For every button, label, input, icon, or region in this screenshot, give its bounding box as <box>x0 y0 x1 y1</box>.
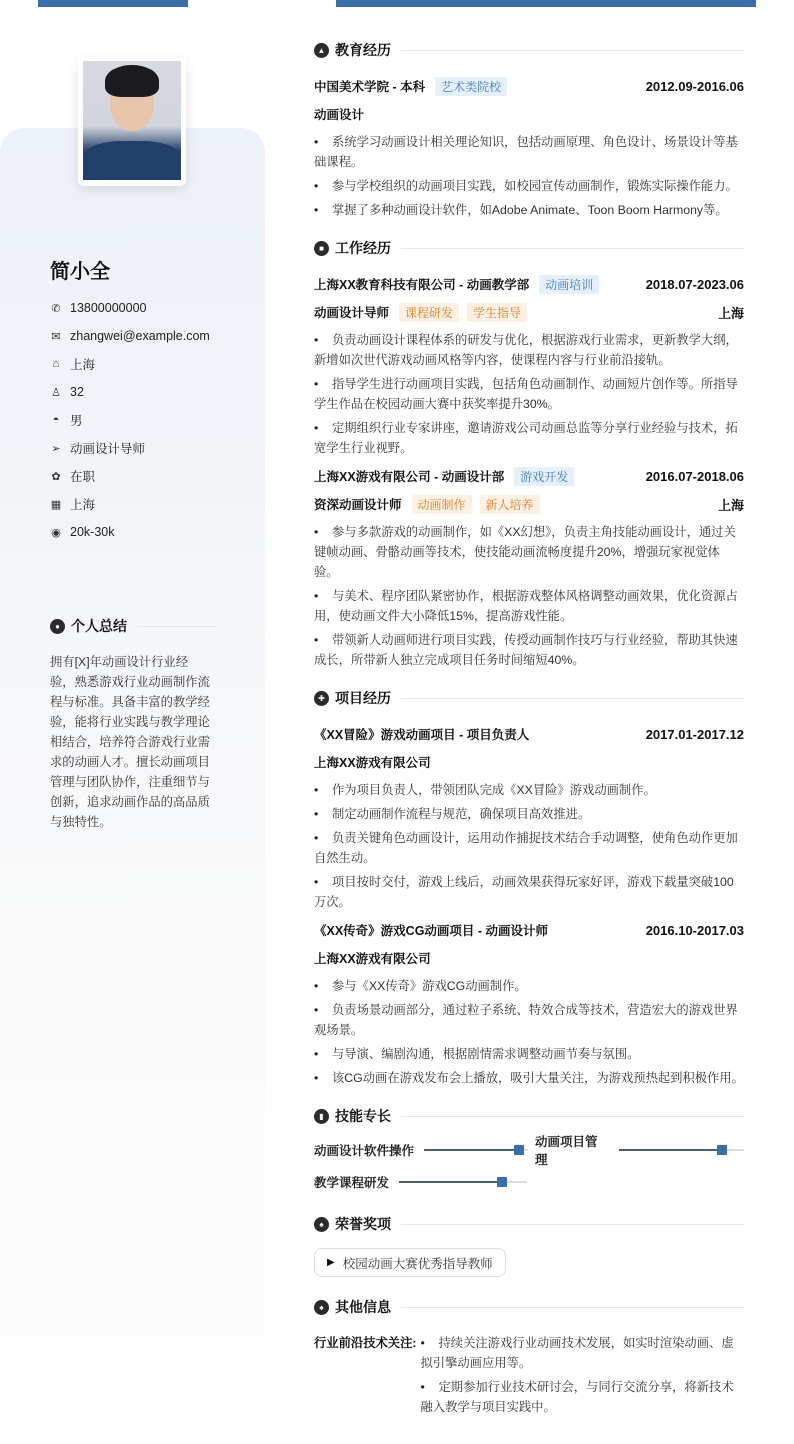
school-name: 中国美术学院 - 本科 <box>314 77 425 95</box>
project-company-row: 上海XX游戏有限公司 <box>314 944 744 972</box>
job-date: 2018.07-2023.06 <box>646 277 744 292</box>
education-date: 2012.09-2016.06 <box>646 79 744 94</box>
avatar <box>78 57 186 186</box>
main-content: ▲ 教育经历 中国美术学院 - 本科艺术类院校 2012.09-2016.06 … <box>314 38 744 1421</box>
list-item: 定期组织行业专家讲座，邀请游戏公司动画总监等分享行业经验与技术，拓宽学生行业视野… <box>314 418 744 458</box>
bar-chart-icon: ▮ <box>314 1109 329 1124</box>
job-role-row: 资深动画设计师动画制作新人培养 上海 <box>314 490 744 518</box>
list-item: 项目按时交付，游戏上线后，动画效果获得玩家好评，游戏下载量突破100万次。 <box>314 872 744 912</box>
other-info-row: 行业前沿技术关注: 持续关注游戏行业动画技术发展，如实时渲染动画、虚拟引擎动画应… <box>314 1333 744 1421</box>
school-tag: 艺术类院校 <box>435 77 507 96</box>
company-name: 上海XX教育科技有限公司 - 动画教学部 <box>314 275 529 293</box>
info-email: ✉zhangwei@example.com <box>50 322 250 350</box>
divider <box>401 698 744 699</box>
skill-item: 动画项目管理 <box>535 1134 744 1166</box>
top-accent-bar-left <box>38 0 188 7</box>
divider <box>401 1307 744 1308</box>
list-item: 与导演、编剧沟通，根据剧情需求调整动画节奏与氛围。 <box>314 1044 744 1064</box>
divider <box>401 1224 744 1225</box>
summary-text: 拥有[X]年动画设计行业经验，熟悉游戏行业动画制作流程与标准。具备丰富的教学经验… <box>50 652 212 832</box>
mail-icon: ✉ <box>50 330 62 342</box>
list-item: 作为项目负责人，带领团队完成《XX冒险》游戏动画制作。 <box>314 780 744 800</box>
skills-heading: ▮ 技能专长 <box>314 1104 744 1128</box>
salary-target-icon: ◉ <box>50 526 62 538</box>
info-status: ✿在职 <box>50 462 250 490</box>
job-role: 资深动画设计师 <box>314 495 402 513</box>
job-date: 2016.07-2018.06 <box>646 469 744 484</box>
list-item: 持续关注游戏行业动画技术发展，如实时渲染动画、虚拟引擎动画应用等。 <box>420 1333 744 1373</box>
list-item: 参与学校组织的动画项目实践，如校园宣传动画制作，锻炼实际操作能力。 <box>314 176 744 196</box>
graduation-cap-icon: ▲ <box>314 43 329 58</box>
skills-list: 动画设计软件操作 动画项目管理 教学课程研发 <box>314 1134 744 1198</box>
skill-level-bar <box>424 1149 528 1151</box>
list-item: 负责场景动画部分，通过粒子系统、特效合成等技术，营造宏大的游戏世界观场景。 <box>314 1000 744 1040</box>
divider <box>401 1116 744 1117</box>
age-cake-icon: ♙ <box>50 386 62 398</box>
list-item: 带领新人动画师进行项目实践，传授动画制作技巧与行业经验，帮助其快速成长，所带新人… <box>314 630 744 670</box>
list-item: 指导学生进行动画项目实践，包括角色动画制作、动画短片创作等。所指导学生作品在校园… <box>314 374 744 414</box>
info-age: ♙32 <box>50 378 250 406</box>
project-name: 《XX传奇》游戏CG动画项目 - 动画设计师 <box>314 921 548 939</box>
project-name: 《XX冒险》游戏动画项目 - 项目负责人 <box>314 725 529 743</box>
role-tag: 课程研发 <box>399 303 459 322</box>
list-item: 参与《XX传奇》游戏CG动画制作。 <box>314 976 744 996</box>
candidate-name: 简小全 <box>50 255 110 284</box>
education-major-row: 动画设计 <box>314 100 744 128</box>
project-date: 2017.01-2017.12 <box>646 727 744 742</box>
list-item: 参与多款游戏的动画制作，如《XX幻想》，负责主角技能动画设计，通过关键帧动画、骨… <box>314 522 744 582</box>
contact-info-list: ✆13800000000 ✉zhangwei@example.com ⌂上海 ♙… <box>50 294 250 546</box>
info-salary: ◉20k-30k <box>50 518 250 546</box>
status-flower-icon: ✿ <box>50 470 62 482</box>
list-item: 该CG动画在游戏发布会上播放，吸引大量关注，为游戏预热起到积极作用。 <box>314 1068 744 1088</box>
education-entry-header: 中国美术学院 - 本科艺术类院校 2012.09-2016.06 <box>314 72 744 100</box>
list-item: 负责关键角色动画设计，运用动作捕捉技术结合手动调整，使角色动作更加自然生动。 <box>314 828 744 868</box>
job-role-row: 动画设计导师课程研发学生指导 上海 <box>314 298 744 326</box>
gender-face-icon: ◓ <box>50 414 62 426</box>
project-company: 上海XX游戏有限公司 <box>314 949 431 967</box>
divider <box>401 50 744 51</box>
list-item: 与美术、程序团队紧密协作，根据游戏整体风格调整动画效果，优化资源占用，使动画文件… <box>314 586 744 626</box>
other-info-heading: ♠ 其他信息 <box>314 1295 744 1319</box>
project-bullets: 作为项目负责人，带领团队完成《XX冒险》游戏动画制作。 制定动画制作流程与规范，… <box>314 780 744 912</box>
awards-heading: ♠ 荣誉奖项 <box>314 1212 744 1236</box>
skill-item: 教学课程研发 <box>314 1166 535 1198</box>
divider <box>137 626 216 627</box>
star-badge-icon: ♠ <box>314 1300 329 1315</box>
grid-circle-icon: ✚ <box>314 691 329 706</box>
summary-heading: ● 个人总结 <box>50 616 216 636</box>
projects-heading: ✚ 项目经历 <box>314 686 744 710</box>
job-location: 上海 <box>718 495 744 514</box>
list-item: 掌握了多种动画设计软件，如Adobe Animate、Toon Boom Har… <box>314 200 744 220</box>
divider <box>401 248 744 249</box>
phone-icon: ✆ <box>50 302 62 314</box>
other-info-bullets: 持续关注游戏行业动画技术发展，如实时渲染动画、虚拟引擎动画应用等。 定期参加行业… <box>420 1333 744 1421</box>
info-phone: ✆13800000000 <box>50 294 250 322</box>
list-item: 制定动画制作流程与规范，确保项目高效推进。 <box>314 804 744 824</box>
briefcase-icon: ■ <box>314 241 329 256</box>
skill-level-bar <box>619 1149 744 1151</box>
info-target-position: ➢动画设计导师 <box>50 434 250 462</box>
education-bullets: 系统学习动画设计相关理论知识，包括动画原理、角色设计、场景设计等基础课程。 参与… <box>314 132 744 220</box>
role-tag: 学生指导 <box>467 303 527 322</box>
work-heading: ■ 工作经历 <box>314 236 744 260</box>
project-company: 上海XX游戏有限公司 <box>314 753 431 771</box>
role-tag: 动画制作 <box>412 495 472 514</box>
project-date: 2016.10-2017.03 <box>646 923 744 938</box>
job-header: 上海XX教育科技有限公司 - 动画教学部动画培训 2018.07-2023.06 <box>314 270 744 298</box>
list-item: 系统学习动画设计相关理论知识，包括动画原理、角色设计、场景设计等基础课程。 <box>314 132 744 172</box>
company-name: 上海XX游戏有限公司 - 动画设计部 <box>314 467 504 485</box>
education-heading: ▲ 教育经历 <box>314 38 744 62</box>
job-header: 上海XX游戏有限公司 - 动画设计部游戏开发 2016.07-2018.06 <box>314 462 744 490</box>
company-tag: 动画培训 <box>539 275 599 294</box>
job-bullets: 参与多款游戏的动画制作，如《XX幻想》，负责主角技能动画设计，通过关键帧动画、骨… <box>314 522 744 670</box>
top-accent-bar-right <box>336 0 756 7</box>
project-header: 《XX冒险》游戏动画项目 - 项目负责人 2017.01-2017.12 <box>314 720 744 748</box>
job-location: 上海 <box>718 303 744 322</box>
skill-level-bar <box>399 1181 527 1183</box>
info-gender: ◓男 <box>50 406 250 434</box>
project-company-row: 上海XX游戏有限公司 <box>314 748 744 776</box>
send-plane-icon: ➢ <box>50 442 62 454</box>
project-header: 《XX传奇》游戏CG动画项目 - 动画设计师 2016.10-2017.03 <box>314 916 744 944</box>
skill-item: 动画设计软件操作 <box>314 1134 535 1166</box>
portrait-photo <box>83 61 181 180</box>
info-target-city: ▦上海 <box>50 490 250 518</box>
award-item: ▶ 校园动画大赛优秀指导教师 <box>314 1248 506 1277</box>
major: 动画设计 <box>314 105 364 123</box>
other-info-label: 行业前沿技术关注: <box>314 1333 416 1421</box>
home-icon: ⌂ <box>50 358 62 370</box>
play-triangle-icon: ▶ <box>327 1257 335 1268</box>
info-city: ⌂上海 <box>50 350 250 378</box>
role-tag: 新人培养 <box>480 495 540 514</box>
company-tag: 游戏开发 <box>514 467 574 486</box>
user-circle-icon: ● <box>50 619 65 634</box>
job-role: 动画设计导师 <box>314 303 389 321</box>
project-bullets: 参与《XX传奇》游戏CG动画制作。 负责场景动画部分，通过粒子系统、特效合成等技… <box>314 976 744 1088</box>
building-icon: ▦ <box>50 498 62 510</box>
medal-icon: ♠ <box>314 1217 329 1232</box>
list-item: 定期参加行业技术研讨会，与同行交流分享，将新技术融入教学与项目实践中。 <box>420 1377 744 1417</box>
job-bullets: 负责动画设计课程体系的研发与优化，根据游戏行业需求，更新教学大纲，新增如次世代游… <box>314 330 744 458</box>
list-item: 负责动画设计课程体系的研发与优化，根据游戏行业需求，更新教学大纲，新增如次世代游… <box>314 330 744 370</box>
